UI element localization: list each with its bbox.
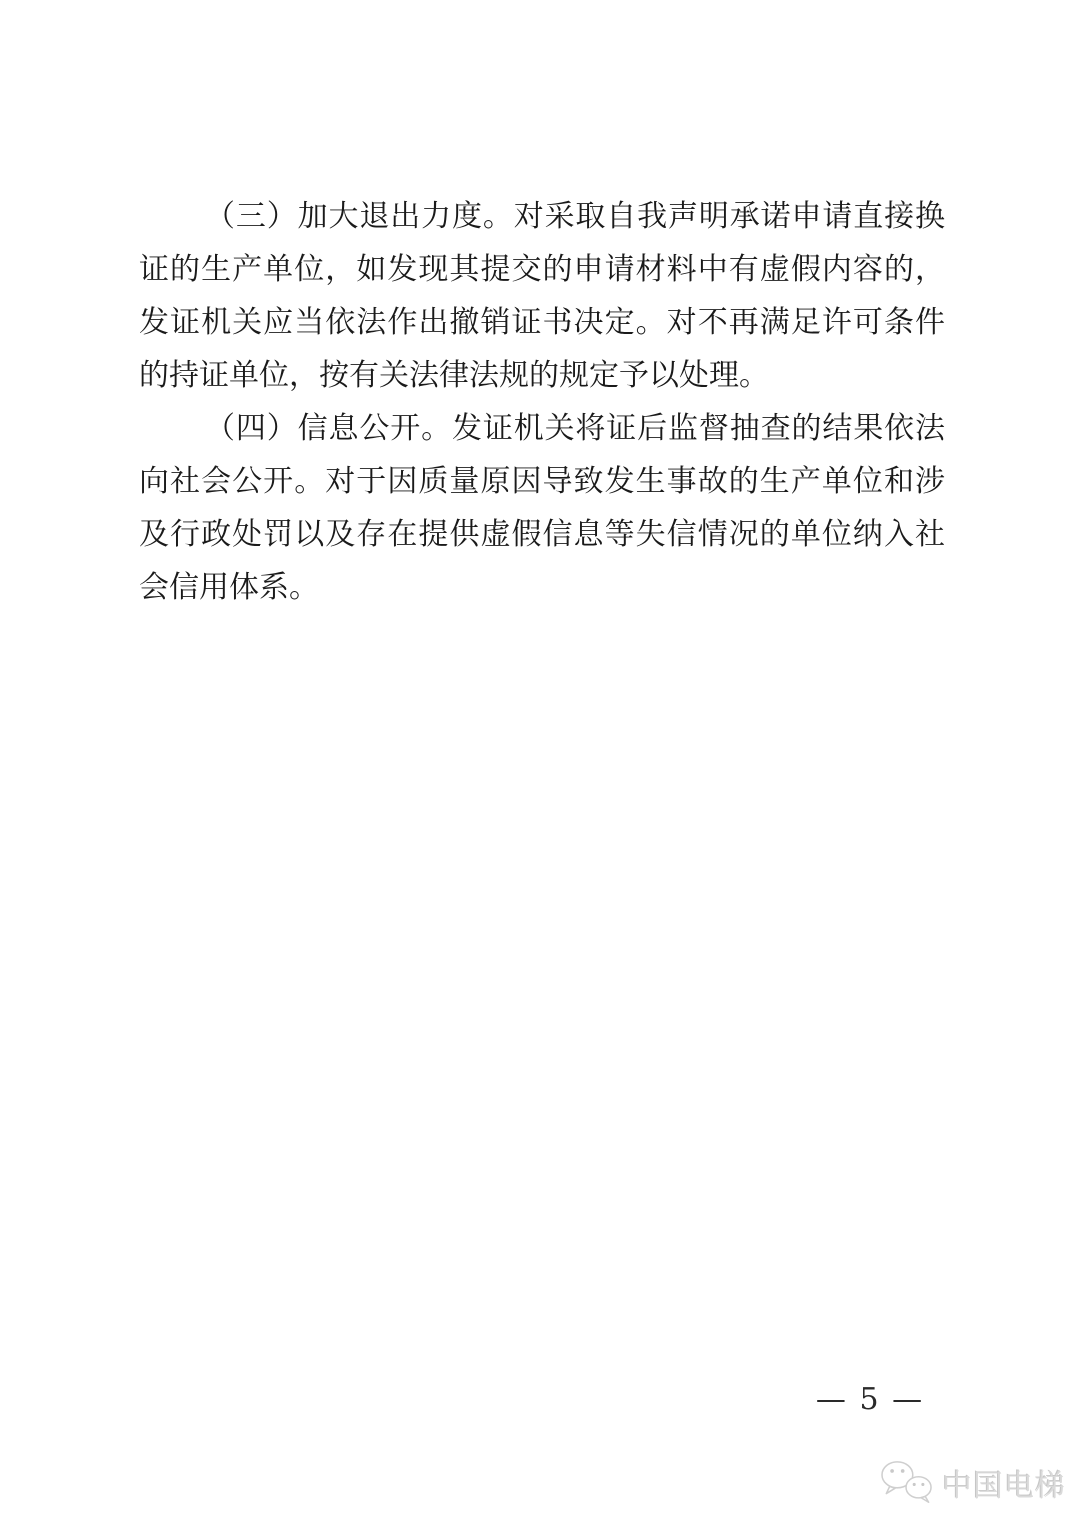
document-body: （三）加大退出力度。对采取自我声明承诺申请直接换证的生产单位，如发现其提交的申请…: [139, 190, 945, 614]
paragraph: （三）加大退出力度。对采取自我声明承诺申请直接换证的生产单位，如发现其提交的申请…: [139, 190, 945, 402]
paragraph: （四）信息公开。发证机关将证后监督抽查的结果依法向社会公开。对于因质量原因导致发…: [139, 402, 945, 614]
wechat-icon: [878, 1458, 936, 1508]
watermark: 中国电梯: [878, 1458, 1066, 1508]
document-page: （三）加大退出力度。对采取自我声明承诺申请直接换证的生产单位，如发现其提交的申请…: [0, 0, 1080, 1528]
watermark-label: 中国电梯: [942, 1461, 1066, 1505]
page-number: — 5 —: [790, 1382, 950, 1417]
